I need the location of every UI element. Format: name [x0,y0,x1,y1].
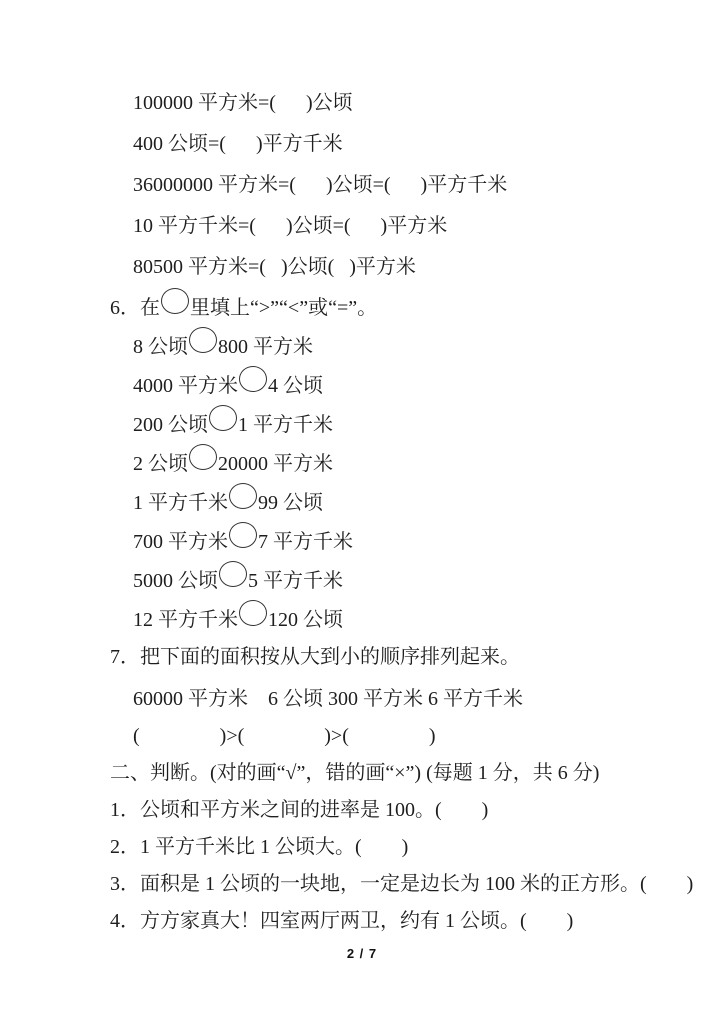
comparison-left: 200 公顷 [133,414,208,436]
comparison-row: 12 平方千米120 公顷 [110,600,694,639]
question7-number: 7． [110,646,140,668]
empty-circle-icon [219,561,247,587]
conversion-line: 100000 平方米=( )公顷 [110,83,694,124]
conversion-line: 80500 平方米=( )公顷( )平方米 [110,247,694,288]
empty-circle-icon [239,366,267,392]
conversion-line: 36000000 平方米=( )公顷=( )平方千米 [110,165,694,206]
comparison-row: 1 平方千米99 公顷 [110,483,694,522]
comparison-left: 5000 公顷 [133,570,218,592]
comparison-left: 4000 平方米 [133,375,238,397]
question7-prompt: 把下面的面积按从大到小的顺序排列起来。 [140,646,520,668]
conversion-line: 10 平方千米=( )公顷=( )平方米 [110,206,694,247]
comparison-left: 700 平方米 [133,531,228,553]
empty-circle-icon [189,327,217,353]
comparison-right: 800 平方米 [218,336,313,358]
comparison-right: 120 公顷 [268,609,343,631]
comparison-right: 99 公顷 [258,492,323,514]
question7-header: 7．把下面的面积按从大到小的顺序排列起来。 [110,639,694,676]
question6-header: 6．在里填上“>”“<”或“=”。 [110,288,694,327]
comparison-right: 5 平方千米 [248,570,343,592]
question7-answer-line: ( )>( )>( ) [110,718,694,755]
comparison-right: 20000 平方米 [218,453,333,475]
question6-prompt-before: 在 [140,297,160,319]
worksheet-page: 100000 平方米=( )公顷 400 公顷=( )平方千米 36000000… [0,0,724,1024]
empty-circle-icon [229,483,257,509]
comparison-left: 8 公顷 [133,336,188,358]
comparison-left: 1 平方千米 [133,492,228,514]
judgment-item: 3．面积是 1 公顷的一块地，一定是边长为 100 米的正方形。( ) [110,866,694,903]
empty-circle-icon [189,444,217,470]
judgment-item: 2．1 平方千米比 1 公顷大。( ) [110,829,694,866]
comparison-left: 2 公顷 [133,453,188,475]
comparison-row: 700 平方米7 平方千米 [110,522,694,561]
comparison-right: 4 公顷 [268,375,323,397]
judgment-item: 4．方方家真大！四室两厅两卫，约有 1 公顷。( ) [110,903,694,940]
comparison-left: 12 平方千米 [133,609,238,631]
comparison-row: 200 公顷1 平方千米 [110,405,694,444]
comparison-row: 8 公顷800 平方米 [110,327,694,366]
comparison-row: 2 公顷20000 平方米 [110,444,694,483]
worksheet-content: 100000 平方米=( )公顷 400 公顷=( )平方千米 36000000… [110,83,694,940]
question6-number: 6． [110,297,140,319]
comparison-row: 5000 公顷5 平方千米 [110,561,694,600]
section-two-header: 二、判断。(对的画“√”，错的画“×”) (每题 1 分，共 6 分) [110,755,694,792]
empty-circle-icon [209,405,237,431]
conversion-line: 400 公顷=( )平方千米 [110,124,694,165]
comparison-row: 4000 平方米4 公顷 [110,366,694,405]
comparison-right: 7 平方千米 [258,531,353,553]
comparison-right: 1 平方千米 [238,414,333,436]
question7-quantities: 60000 平方米 6 公顷 300 平方米 6 平方千米 [110,681,694,718]
empty-circle-icon [161,288,189,314]
question6-prompt-after: 里填上“>”“<”或“=”。 [190,297,377,319]
page-number: 2 / 7 [0,946,724,961]
empty-circle-icon [229,522,257,548]
empty-circle-icon [239,600,267,626]
judgment-item: 1．公顷和平方米之间的进率是 100。( ) [110,792,694,829]
